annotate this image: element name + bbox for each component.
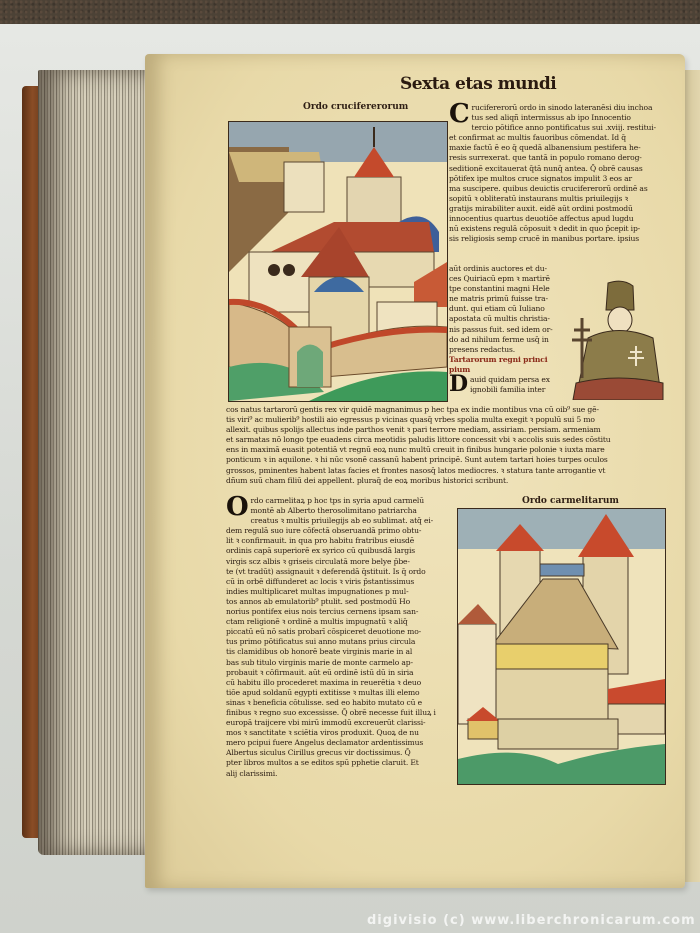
text-line: piccatū eū nō satis probarī cōspiceret d…: [226, 627, 456, 637]
text-line: tis clamidibus ob honorē beate virginis …: [226, 647, 456, 657]
text-line: finibus ꝛ regno suo excessisse. Q̄ obrē …: [226, 708, 456, 718]
text-line: sis religiosis semp crucē in manibus por…: [449, 234, 677, 244]
text-line: allexit. quibus spolijs allectus inde pa…: [226, 425, 670, 435]
text-line: rdo carmelitaꝝ p hoc tps in syria apud c…: [226, 496, 456, 506]
text-line: lit ꝛ confirmauit. in qua pro habitu fra…: [226, 536, 456, 546]
woodcut-crucifer-town: [228, 121, 448, 402]
text-line: tis viri⁹ ac mulierib⁹ hostili aio egres…: [226, 415, 670, 425]
text-line: ens in maximā euasit potentiā vt regnū e…: [226, 445, 670, 455]
facing-page-edge: [683, 70, 700, 882]
text-line: alij clarissimi.: [226, 769, 456, 779]
text-line: montē ab Alberto therosolimitano patriar…: [226, 506, 456, 516]
text-line: mero pcipui fuere Angelus declamator ard…: [226, 738, 456, 748]
text-line: grossos, pminentes habent latas facies e…: [226, 466, 670, 476]
text-line: tpe constantini magni Hele: [449, 284, 567, 294]
text-line: maxie factū ē eo q̄ quedā albanensium pe…: [449, 143, 677, 153]
text-line: resis surrexerat. que tantā in populo ro…: [449, 153, 677, 163]
text-line: sinas ꝛ beneficia cōtulisse. sed eo habi…: [226, 698, 456, 708]
text-line: dem regulā suo iure cōfectā obseruandā p…: [226, 526, 456, 536]
text-line: rucifererorū ordo in sinodo lateranēsi d…: [449, 103, 677, 113]
text-crucifer-top: C rucifererorū ordo in sinodo lateranēsi…: [449, 103, 677, 244]
text-line: et confirmat ac multis fauoribus cōmenda…: [449, 133, 677, 143]
text-line: bas sub titulo virginis marie de monte c…: [226, 658, 456, 668]
text-line: cū habitu illo procederet maxima in reue…: [226, 678, 456, 688]
running-head: Sexta etas mundi: [400, 74, 580, 94]
text-line: te (vt tradūt) assignauit ꝛ deferendā q̄…: [226, 567, 456, 577]
text-line: norius pontifex eius nois tercius cernen…: [226, 607, 456, 617]
text-line: ponticum ꝛ in aquilone. ꝛ hi nūc vsonē c…: [226, 455, 670, 465]
rubric-tartar-heading: Tartarorum regni princi pium: [449, 355, 567, 375]
woodcut-carmelite-monastery: [457, 508, 666, 785]
text-carmelite: O rdo carmelitaꝝ p hoc tps in syria apud…: [226, 496, 456, 779]
carpet-background: [0, 0, 700, 26]
text-line: presens redactus.: [449, 345, 567, 355]
text-line: europā traijcere vbi mirū immodū excreue…: [226, 718, 456, 728]
text-line: cos natus tartarorū gentis rex vir quidē…: [226, 405, 670, 415]
text-line: nū existens regulā cōposuit ꝛ dedit in q…: [449, 224, 677, 234]
text-line: indies multiplicaret multas impugnatione…: [226, 587, 456, 597]
text-line: creatus ꝛ multis priuilegijs ab eo subli…: [226, 516, 456, 526]
text-line: tercio pōtifice anno pontificatus sui .x…: [449, 123, 677, 133]
text-line: ma suscipere. quibus deuictis cruciferer…: [449, 184, 677, 194]
text-line: probauit ꝛ cōfirmauit. aūt eū ordinē ist…: [226, 668, 456, 678]
text-line: nis passus fuit. sed idem or-: [449, 325, 567, 335]
text-line: mos ꝛ sanctitate ꝛ sciētia viros produxi…: [226, 728, 456, 738]
text-line: ordinis capā superiorē ex syrico cū quib…: [226, 546, 456, 556]
text-line: dunt. qui etiam cū Iuliano: [449, 304, 567, 314]
page-stack-edges: [38, 70, 150, 855]
text-line: tus sed aliqñ intermissus ab ipo Innocen…: [449, 113, 677, 123]
text-line: cū in orbē diffunderet ac locis ꝛ viris …: [226, 577, 456, 587]
text-line: ctam religionē ꝛ ordinē a multis impugna…: [226, 617, 456, 627]
text-line: ne matris primū fuisse tra-: [449, 294, 567, 304]
drop-cap-c: C: [449, 103, 470, 125]
monastery-illustration: [458, 509, 665, 784]
text-line: dñum suū cham filiū dei appellent. plura…: [226, 476, 670, 486]
friar-with-cross-illustration: [568, 278, 664, 400]
text-line: pter libros multos a se editos spū pphet…: [226, 758, 456, 768]
text-tartar-fullwidth: cos natus tartarorū gentis rex vir quidē…: [226, 405, 670, 486]
woodcut-caption-crucifer: Ordo crucifererorum: [303, 102, 408, 112]
text-line: gratijs mirabiliter auxit. eidē aūt ordi…: [449, 204, 677, 214]
woodcut-caption-carmelite: Ordo carmelitarum: [522, 496, 619, 506]
drop-cap-o: O: [226, 496, 249, 518]
text-line: ces Quiriacū epm ꝛ martirē: [449, 274, 567, 284]
text-line: tiōe apud soldanū egypti extitisse ꝛ mul…: [226, 688, 456, 698]
text-line: sopitū ꝛ obliteratū instaurans multis pr…: [449, 194, 677, 204]
text-line: apostata cū multis christia-: [449, 314, 567, 324]
text-line: tos annos ab emulatorib⁹ ptulit. sed pos…: [226, 597, 456, 607]
text-line: et sarmatas nō longo tpe euadens circa m…: [226, 435, 670, 445]
text-line: seditionē excitauerat q̄tā nunq̄ antea. …: [449, 164, 677, 174]
church-town-illustration: [229, 122, 447, 401]
text-line: virgis scz albis ꝛ griseis circulatā mor…: [226, 557, 456, 567]
text-line: Albertus siculus Cirillus grecus vir doc…: [226, 748, 456, 758]
text-line: do ad nihilum ferme usq̄ in: [449, 335, 567, 345]
text-line: innocentius quartus deuotiōe affectus ap…: [449, 214, 677, 224]
portrait-friar: [568, 278, 664, 400]
text-line: tus primo pōtificatus sui anno mutans pr…: [226, 637, 456, 647]
watermark-text: digivisio (c) www.liberchronicarum.com: [367, 913, 696, 928]
text-crucifer-narrow: aūt ordinis auctores et du- ces Quiriacū…: [449, 264, 567, 395]
text-line: pōtifex ipe multos cruce signatos impuli…: [449, 174, 677, 184]
text-line: aūt ordinis auctores et du-: [449, 264, 567, 274]
drop-cap-d: D: [449, 375, 468, 394]
